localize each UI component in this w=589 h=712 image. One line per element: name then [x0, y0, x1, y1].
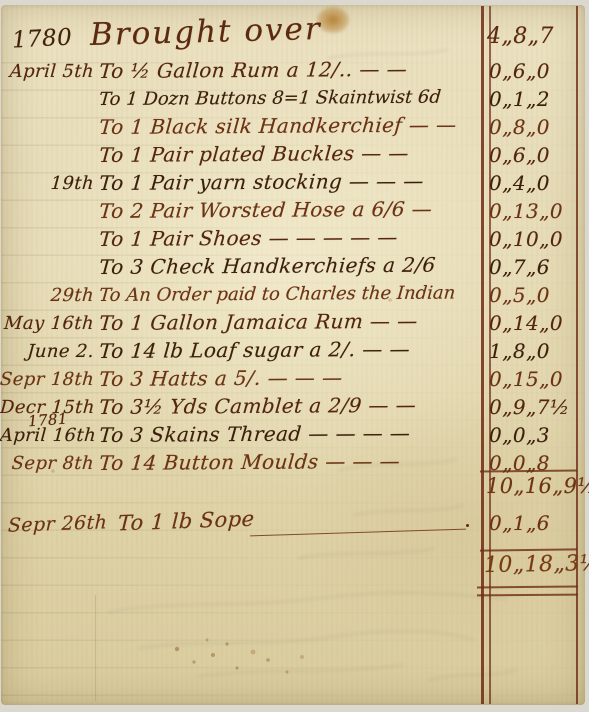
subtotal-amount: 10„16„9½	[486, 474, 589, 498]
entry-date: April 5th	[0, 58, 95, 85]
addendum-row: Sepr 26th To 1 lb Sope 0„1„6	[0, 505, 589, 551]
entry-date: May 16th	[0, 310, 95, 337]
ledger-row: To 1 Pair plated Buckles — — 0„6„0	[0, 142, 589, 169]
ledger-page: 1780 Brought over 4„8„7 April 5th To ½ G…	[0, 0, 589, 712]
entry-date: 29th	[0, 282, 95, 309]
brought-over-amount: 4„8„7	[487, 24, 554, 49]
ledger-row: 19th To 1 Pair yarn stocking — — — 0„4„0	[0, 170, 589, 197]
entry-amount: 0„0„3	[489, 422, 550, 449]
ledger-row: To 1 Pair Shoes — — — — — 0„10„0	[0, 226, 589, 253]
ledger-row: April 16th To 3 Skains Thread — — — — 0„…	[0, 422, 589, 449]
entry-description: To 14 lb Loaf sugar a 2/. — —	[98, 336, 411, 365]
ledger-row: To 1 Black silk Handkerchief — — 0„8„0	[0, 114, 589, 141]
year-label-1781: 1781	[27, 410, 68, 431]
entry-amount: 0„13„0	[489, 198, 563, 225]
entry-date: Sepr 26th	[8, 511, 108, 536]
ledger-row: April 5th To ½ Gallon Rum a 12/.. — — 0„…	[0, 58, 589, 85]
entry-description: To 1 Black silk Handkerchief — —	[98, 112, 458, 141]
entry-amount: 0„5„0	[489, 282, 550, 309]
year-label-1780: 1780	[11, 24, 72, 53]
entry-amount: 0„4„0	[489, 170, 550, 197]
entry-description: To 1 Gallon Jamaica Rum — —	[98, 308, 419, 337]
entry-description: To An Order paid to Charles the Indian	[98, 280, 456, 309]
entry-description: To 14 Button Moulds — — —	[98, 448, 401, 477]
entry-amount: 0„9„7½	[489, 394, 570, 421]
entry-description: To 2 Pair Worsted Hose a 6/6 —	[98, 196, 433, 225]
ledger-row: To 1 Dozn Buttons 8=1 Skaintwist 6d 0„1„…	[0, 86, 589, 113]
entry-description: To ½ Gallon Rum a 12/.. — —	[98, 56, 408, 85]
entry-amount: 0„6„0	[489, 142, 550, 169]
entry-amount: 0„10„0	[489, 226, 563, 253]
entry-amount: 0„15„0	[489, 366, 563, 393]
leader-end-dot	[466, 524, 469, 527]
entry-description: To 3 Hatts a 5/. — — —	[98, 364, 344, 393]
entry-description: To 3½ Yds Camblet a 2/9 — —	[98, 392, 417, 421]
ledger-row: Decr 15th To 3½ Yds Camblet a 2/9 — — 0„…	[0, 394, 589, 421]
entry-amount: 1„8„0	[489, 338, 550, 365]
entry-date: Sepr 8th	[0, 450, 95, 477]
entry-amount: 0„1„6	[489, 511, 550, 535]
entry-description: To 1 Pair yarn stocking — — —	[98, 168, 425, 197]
ledger-row: Sepr 8th To 14 Button Moulds — — — 0„0„8	[0, 450, 589, 477]
entry-amount: 0„7„6	[489, 254, 550, 281]
ledger-row: 29th To An Order paid to Charles the Ind…	[0, 282, 589, 309]
ledger-row: Sepr 18th To 3 Hatts a 5/. — — — 0„15„0	[0, 366, 589, 393]
ledger-row: To 2 Pair Worsted Hose a 6/6 — 0„13„0	[0, 198, 589, 225]
entry-description: To 1 Pair Shoes — — — — —	[98, 224, 399, 253]
entry-description: To 3 Check Handkerchiefs a 2/6	[98, 252, 437, 281]
total-amount: 10„18„3½	[484, 551, 589, 578]
entry-description: To 1 Pair plated Buckles — —	[98, 140, 410, 169]
leader-line	[250, 529, 466, 537]
entry-amount: 0„6„0	[489, 58, 550, 85]
ledger-row: May 16th To 1 Gallon Jamaica Rum — — 0„1…	[0, 310, 589, 337]
entry-date: 19th	[0, 170, 95, 197]
entry-date: Sepr 18th	[0, 366, 95, 393]
entry-description: To 1 Dozn Buttons 8=1 Skaintwist 6d	[98, 84, 442, 113]
entry-amount: 0„1„2	[489, 86, 550, 113]
entry-amount: 0„8„0	[489, 114, 550, 141]
ledger-row: June 2. To 14 lb Loaf sugar a 2/. — — 1„…	[0, 338, 589, 365]
entry-amount: 0„14„0	[489, 310, 563, 337]
entry-date: June 2.	[0, 338, 95, 365]
entry-description: To 1 lb Sope	[117, 507, 255, 536]
entry-description: To 3 Skains Thread — — — —	[98, 420, 411, 449]
heading-row: 1780 Brought over 4„8„7	[0, 20, 589, 58]
brought-over-title: Brought over	[90, 11, 323, 53]
ledger-row: To 3 Check Handkerchiefs a 2/6 0„7„6	[0, 254, 589, 281]
entry-amount: 0„0„8	[489, 450, 550, 477]
